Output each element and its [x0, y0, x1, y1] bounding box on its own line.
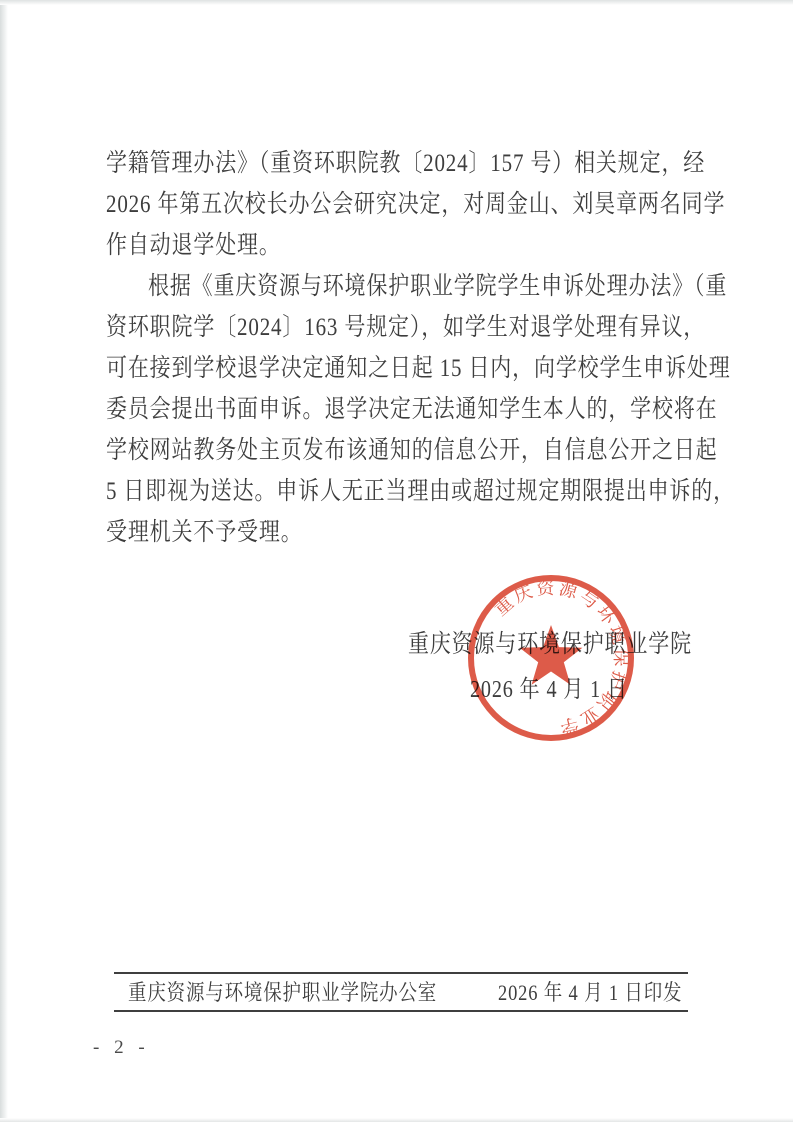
document-page: 学籍管理办法》（重资环职院教〔2024〕157 号）相关规定，经 2026 年第…	[0, 0, 793, 1122]
footer-print-date: 2026 年 4 月 1 日印发	[498, 980, 682, 1006]
seal-star-icon	[520, 625, 583, 685]
official-seal: 重庆资源与环境保护职业学院	[463, 570, 639, 746]
scan-edge-bottom	[0, 1118, 793, 1122]
body-line: 2026 年第五次校长办公会研究决定，对周金山、刘昊章两名同学	[106, 184, 711, 225]
body-line: 5 日即视为送达。申诉人无正当理由或超过规定期限提出申诉的，	[106, 471, 711, 512]
body-text: 学籍管理办法》（重资环职院教〔2024〕157 号）相关规定，经 2026 年第…	[106, 143, 711, 553]
footer-rule-bottom	[114, 1010, 688, 1012]
footer-issuer: 重庆资源与环境保护职业学院办公室	[128, 980, 437, 1006]
body-line: 可在接到学校退学决定通知之日起 15 日内，向学校学生申诉处理	[106, 348, 711, 389]
scan-edge-top	[0, 0, 793, 5]
body-line: 资环职院学〔2024〕163 号规定），如学生对退学处理有异议，	[106, 307, 711, 348]
scan-edge-left	[0, 0, 8, 1122]
page-number: - 2 -	[93, 1037, 150, 1059]
body-line: 学校网站教务处主页发布该通知的信息公开，自信息公开之日起	[106, 430, 711, 471]
body-line: 根据《重庆资源与环境保护职业学院学生申诉处理办法》（重	[106, 266, 711, 307]
body-line: 委员会提出书面申诉。退学决定无法通知学生本人的，学校将在	[106, 389, 711, 430]
footer-rule-top	[114, 972, 688, 974]
body-line: 受理机关不予受理。	[106, 512, 711, 553]
body-line: 学籍管理办法》（重资环职院教〔2024〕157 号）相关规定，经	[106, 143, 711, 184]
body-line: 作自动退学处理。	[106, 225, 711, 266]
